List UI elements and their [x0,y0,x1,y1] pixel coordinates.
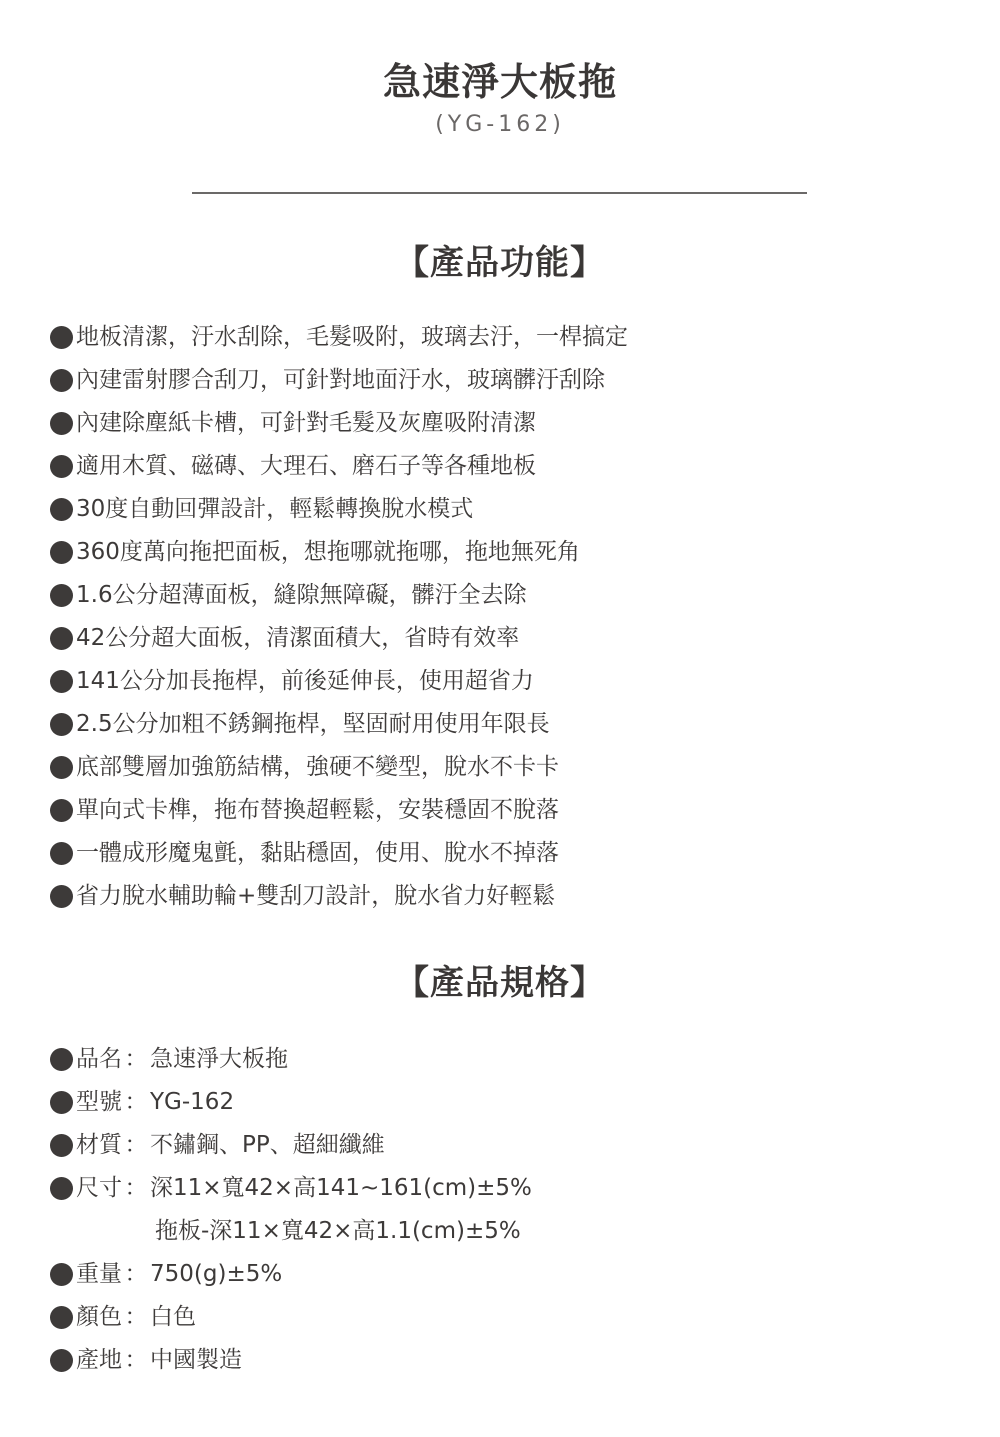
bullet-icon [50,713,73,736]
bullet-icon [50,799,73,822]
feature-item: 底部雙層加強筋結構，強硬不變型，脫水不卡卡 [50,746,628,789]
bullet-icon [50,842,73,865]
spec-item-size-board: 拖板-深11×寬42×高1.1(cm)±5% [50,1210,532,1253]
bullet-icon [50,1263,73,1286]
spec-item-model: 型號：YG-162 [50,1081,532,1124]
spec-item-color: 顏色：白色 [50,1296,532,1339]
product-title: 急速淨大板拖 [0,56,1000,108]
feature-item: 地板清潔，汙水刮除，毛髮吸附，玻璃去汙，一桿搞定 [50,316,628,359]
product-model: (YG-162) [0,110,1000,140]
spec-item-weight: 重量：750(g)±5% [50,1253,532,1296]
feature-item: 一體成形魔鬼氈，黏貼穩固，使用、脫水不掉落 [50,832,628,875]
specs-list: 品名：急速淨大板拖 型號：YG-162 材質：不鏽鋼、PP、超細纖維 尺寸：深1… [50,1038,532,1382]
feature-item: 2.5公分加粗不銹鋼拖桿，堅固耐用使用年限長 [50,703,628,746]
feature-item: 內建除塵紙卡槽，可針對毛髮及灰塵吸附清潔 [50,402,628,445]
feature-item: 適用木質、磁磚、大理石、磨石子等各種地板 [50,445,628,488]
bullet-icon [50,541,73,564]
bullet-icon [50,1306,73,1329]
bullet-icon [50,1134,73,1157]
specs-heading: 【產品規格】 [0,960,1000,1006]
spec-item-size: 尺寸：深11×寬42×高141~161(cm)±5% [50,1167,532,1210]
bullet-icon [50,1349,73,1372]
bullet-icon [50,1177,73,1200]
spec-item-origin: 產地：中國製造 [50,1339,532,1382]
spec-item-material: 材質：不鏽鋼、PP、超細纖維 [50,1124,532,1167]
bullet-icon [50,670,73,693]
feature-item: 單向式卡榫，拖布替換超輕鬆，安裝穩固不脫落 [50,789,628,832]
bullet-icon [50,627,73,650]
feature-item: 42公分超大面板，清潔面積大，省時有效率 [50,617,628,660]
spec-item-name: 品名：急速淨大板拖 [50,1038,532,1081]
bullet-icon [50,1091,73,1114]
feature-item: 141公分加長拖桿，前後延伸長，使用超省力 [50,660,628,703]
bullet-icon [50,412,73,435]
bullet-icon [50,1048,73,1071]
feature-item: 1.6公分超薄面板，縫隙無障礙，髒汙全去除 [50,574,628,617]
feature-item: 內建雷射膠合刮刀，可針對地面汙水，玻璃髒汙刮除 [50,359,628,402]
features-heading: 【產品功能】 [0,240,1000,286]
feature-item: 360度萬向拖把面板，想拖哪就拖哪，拖地無死角 [50,531,628,574]
feature-item: 省力脫水輔助輪+雙刮刀設計，脫水省力好輕鬆 [50,875,628,918]
bullet-icon [50,498,73,521]
bullet-icon [50,885,73,908]
bullet-icon [50,584,73,607]
bullet-icon [50,326,73,349]
features-list: 地板清潔，汙水刮除，毛髮吸附，玻璃去汙，一桿搞定 內建雷射膠合刮刀，可針對地面汙… [50,316,628,918]
bullet-icon [50,756,73,779]
bullet-icon [50,369,73,392]
feature-item: 30度自動回彈設計，輕鬆轉換脫水模式 [50,488,628,531]
divider [192,192,807,194]
bullet-icon [50,455,73,478]
